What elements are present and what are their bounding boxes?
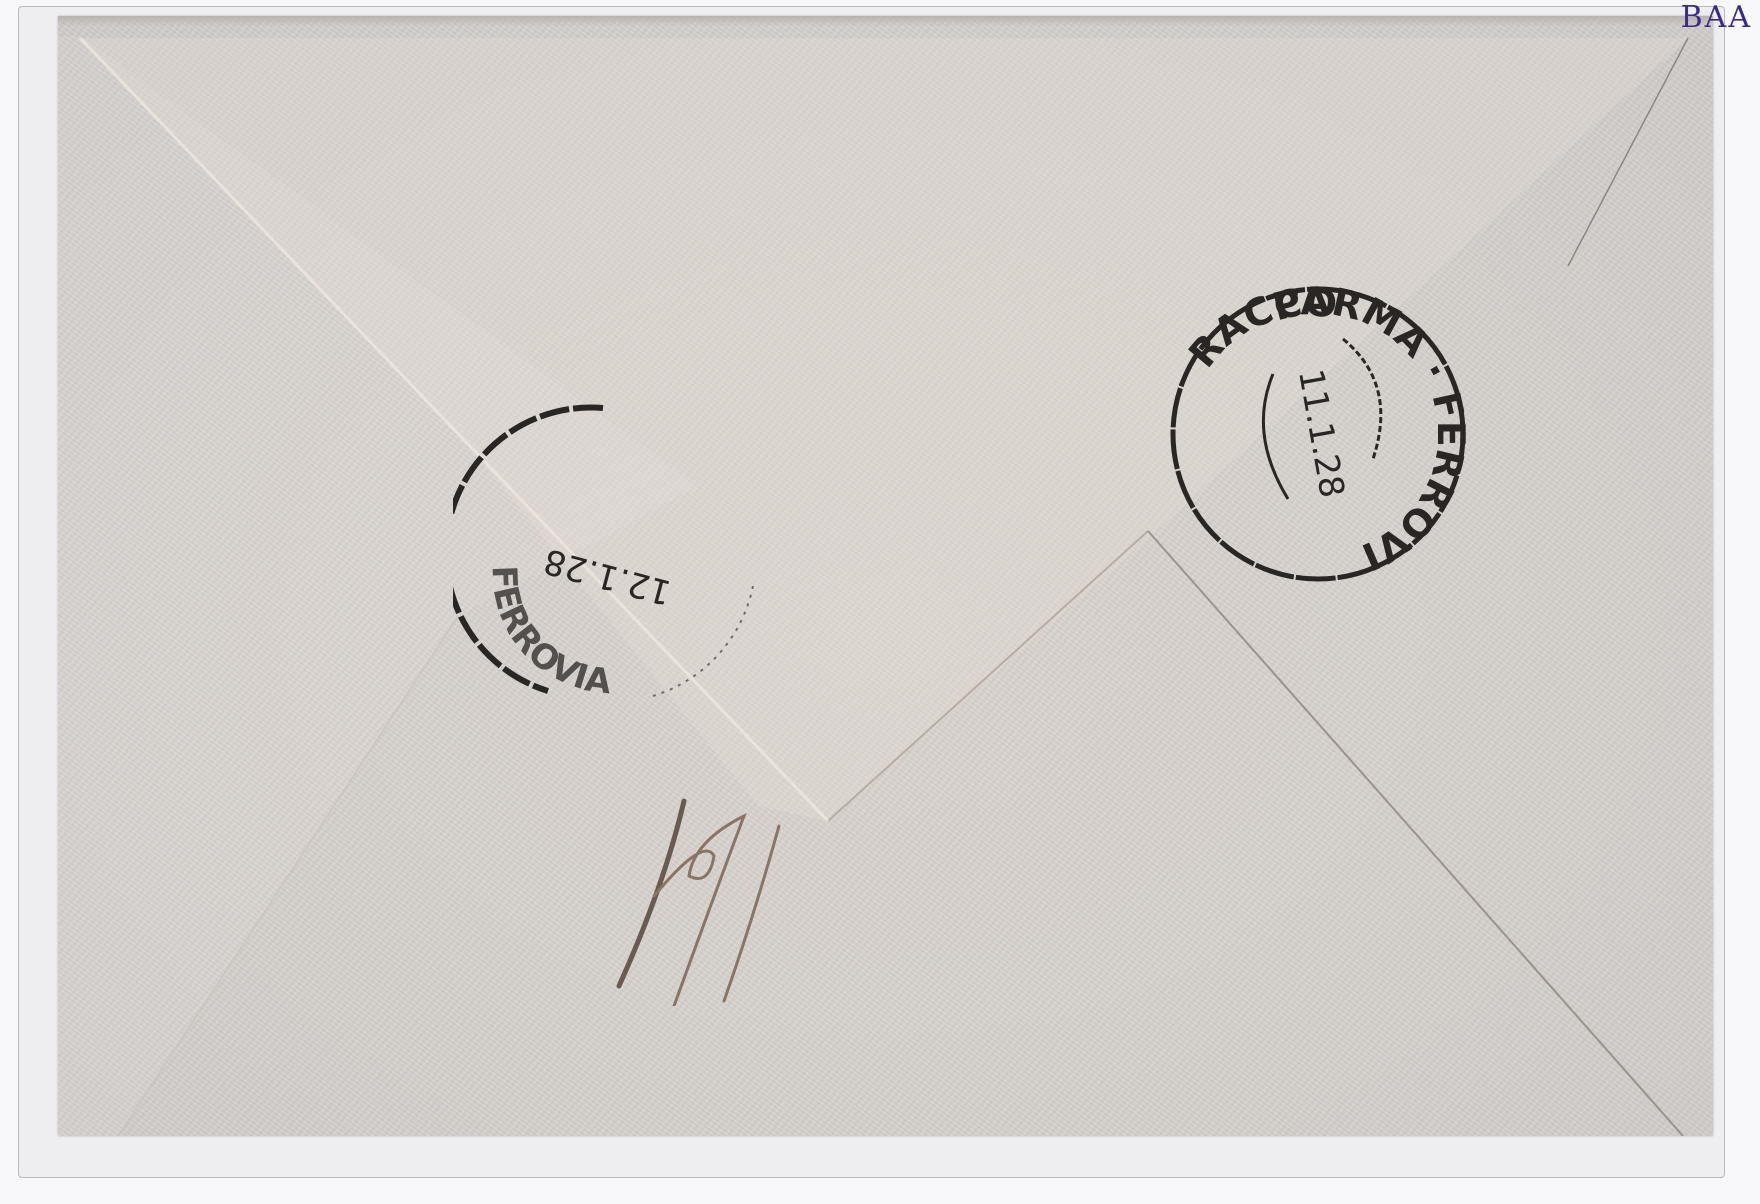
postmark-arrival-date: 12.1.28 <box>540 540 676 612</box>
envelope-back: PARMA · FERROVIA RACCOM. 11.1.28 FERROVI… <box>58 16 1713 1136</box>
postmark-arrival: FERROVIA 12.1.28 <box>453 396 773 716</box>
handwritten-numeral <box>614 796 784 1006</box>
corner-note: BAA <box>1681 0 1752 35</box>
postmark-parma-date: 11.1.28 <box>1290 366 1352 501</box>
scan-background: PARMA · FERROVIA RACCOM. 11.1.28 FERROVI… <box>0 0 1760 1204</box>
postmark-parma: PARMA · FERROVIA RACCOM. 11.1.28 <box>1158 274 1478 594</box>
